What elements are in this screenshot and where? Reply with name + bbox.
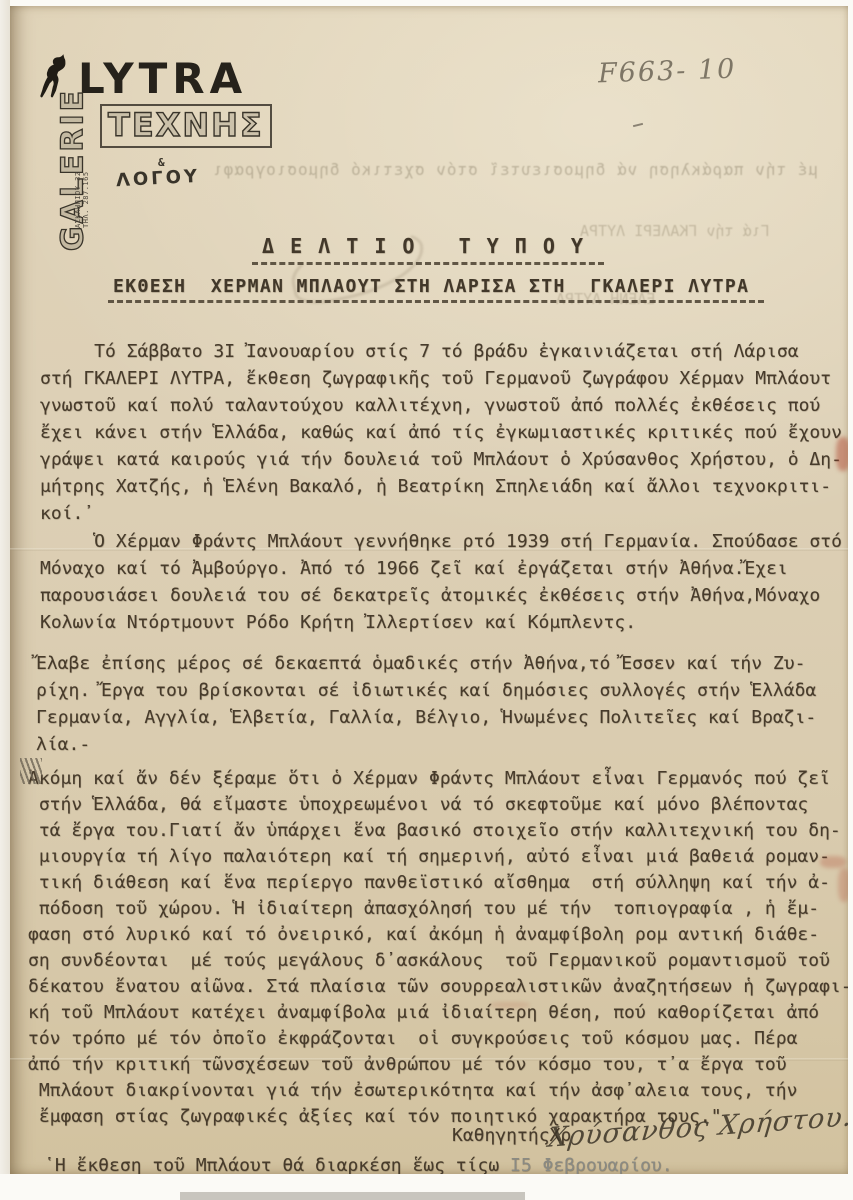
closing-line-faded: Ι5 Φεβρουαρίου. [510, 1155, 673, 1176]
logo-address: ΑΣΚΛΗΠΙΟΥ 32 ΤΗΛ. 287.165 [74, 171, 90, 228]
document-subtitle: ΕΚΘΕΣΗ ΧΕΡΜΑΝ ΜΠΛΑΟΥΤ ΣΤΗ ΛΑΡΙΣΑ ΣΤΗ ΓΚΑ… [113, 276, 749, 297]
logo-logou: ΛΟΓΟΥ [116, 166, 201, 191]
closing-line-main: ῾Η ἔκθεση τοῦ Μπλάουτ θά διαρκέση ἕως τί… [44, 1155, 510, 1176]
logo-texnis: ΤΕΧΝΗΣ [100, 104, 272, 148]
archive-number: F663- 10 [598, 54, 737, 90]
title-underline [252, 262, 604, 265]
margin-pencil-mark [20, 758, 42, 784]
logo-galerie: GALERIE [56, 85, 91, 255]
paragraph-1: Τό Σάββατο 3Ι Ἰανουαρίου στίς 7 τό βράδυ… [40, 338, 842, 527]
document-title: Δ Ε Λ Τ Ι Ο Τ Υ Π Ο Υ [262, 234, 585, 258]
paragraph-4: Ἀκόμη καί ἄν δέν ξέραμε ὅτι ὁ Χέρμαν Φρά… [28, 766, 852, 1130]
scan-border-right [848, 0, 853, 1200]
gallery-logo-stamp: LYTRA GALERIE ΤΕΧΝΗΣ & ΛΟΓΟΥ ΑΣΚΛΗΠΙΟΥ 3… [30, 50, 230, 230]
paragraph-2: Ὁ Χέρμαν Φράντς Μπλάουτ γεννήθηκε ρτό 19… [40, 528, 842, 636]
scan-border-top [0, 0, 853, 6]
show-through-title: Γιά τήν ΓΚΑΛΕΡΙ ΛΥΤΡΑ [580, 222, 770, 240]
subtitle-underline [108, 300, 764, 303]
logo-name: LYTRA [78, 54, 247, 103]
scanned-press-release: { "archive_mark": "F663- 10", "logo": { … [0, 0, 853, 1200]
scan-border-left [0, 0, 10, 1200]
paragraph-3: Ἔλαβε ἐπίσης μέρος σέ δεκαεπτά ὁμαδικές … [36, 650, 816, 758]
scanner-bed-strip [180, 1192, 525, 1200]
red-ink-smudge [490, 1002, 530, 1008]
scan-page: μέ τήν παράκληση νά δημοσιευτεῖ στόν σχε… [0, 0, 853, 1200]
red-ink-smudge [820, 856, 846, 868]
